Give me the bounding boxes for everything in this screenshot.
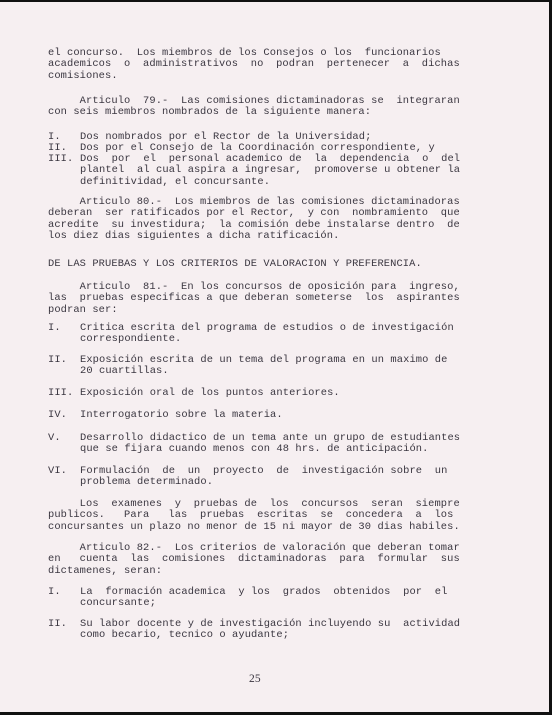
text-line: los diez dias siguientes a dicha ratific… bbox=[48, 231, 478, 242]
item-text: problema determinado. bbox=[80, 477, 478, 488]
item-text: como becario, tecnico o ayudante; bbox=[80, 630, 478, 641]
document-page: el concurso. Los miembros de los Consejo… bbox=[0, 2, 549, 712]
item-text: que se fijara cuando menos con 48 hrs. d… bbox=[80, 444, 478, 455]
page-number: 25 bbox=[249, 674, 261, 685]
text-line: con seis miembros nombrados de la siguie… bbox=[48, 107, 478, 118]
item-number: V. bbox=[48, 433, 78, 444]
item-number: III. bbox=[48, 154, 78, 165]
article-82-paragraph: Articulo 82.- Los criterios de valoració… bbox=[48, 543, 478, 577]
article-79-paragraph: Articulo 79.- Las comisiones dictaminado… bbox=[48, 96, 478, 119]
article-81-paragraph: Articulo 81.- En los concursos de oposic… bbox=[48, 282, 478, 316]
intro-paragraph: el concurso. Los miembros de los Consejo… bbox=[48, 48, 478, 82]
item-text: Interrogatorio sobre la materia. bbox=[80, 410, 478, 421]
item-text: Exposición oral de los puntos anteriores… bbox=[80, 388, 478, 399]
article-81-closing-paragraph: Los examenes y pruebas de los concursos … bbox=[48, 499, 478, 533]
item-text: concursante; bbox=[80, 598, 478, 609]
section-heading-text: DE LAS PRUEBAS Y LOS CRITERIOS DE VALORA… bbox=[48, 259, 478, 270]
item-number: II. bbox=[48, 355, 78, 366]
item-text: correspondiente. bbox=[80, 334, 478, 345]
item-number: I. bbox=[48, 323, 78, 334]
text-line: comisiones. bbox=[48, 71, 478, 82]
item-number: I. bbox=[48, 587, 78, 598]
item-number: II. bbox=[48, 619, 78, 630]
section-heading: DE LAS PRUEBAS Y LOS CRITERIOS DE VALORA… bbox=[48, 259, 478, 270]
item-number: IV. bbox=[48, 410, 78, 421]
text-line: podran ser: bbox=[48, 305, 478, 316]
item-number: III. bbox=[48, 388, 78, 399]
item-number: VI. bbox=[48, 466, 78, 477]
article-80-paragraph: Articulo 80.- Los miembros de las comisi… bbox=[48, 197, 478, 243]
item-text: 20 cuartillas. bbox=[80, 366, 478, 377]
item-text: definitividad, el concursante. bbox=[80, 177, 478, 188]
text-line: dictamenes, seran: bbox=[48, 566, 478, 577]
text-line: concursantes un plazo no menor de 15 ni … bbox=[48, 522, 478, 533]
